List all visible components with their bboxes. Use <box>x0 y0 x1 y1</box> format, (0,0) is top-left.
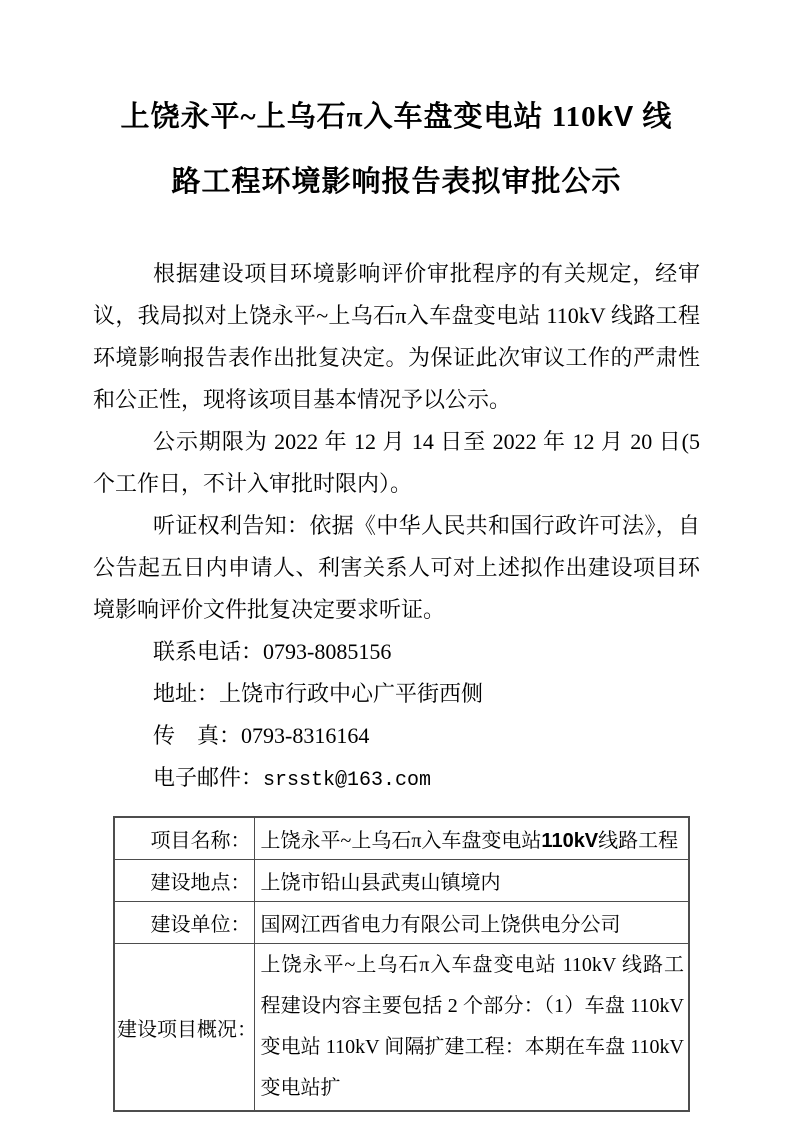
table-row-project-name: 项目名称： 上饶永平~上乌石π入车盘变电站110kV线路工程 <box>114 817 689 860</box>
contact-email-value: srsstk@163.com <box>263 769 431 792</box>
row-value-project-name: 上饶永平~上乌石π入车盘变电站110kV线路工程 <box>254 817 689 860</box>
project-name-voltage: 110kV <box>541 830 598 852</box>
table-row-overview: 建设项目概况： 上饶永平~上乌石π入车盘变电站 110kV 线路工程建设内容主要… <box>114 944 689 1112</box>
title-line-1-tail: 线 <box>634 101 672 133</box>
row-label-overview: 建设项目概况： <box>114 944 254 1112</box>
contact-fax-value: 0793-8316164 <box>241 723 369 748</box>
document-page: 上饶永平~上乌石π入车盘变电站 110kV 线 路工程环境影响报告表拟审批公示 … <box>0 0 793 1122</box>
contact-address-value: 上饶市行政中心广平街西侧 <box>219 681 483 706</box>
paragraph-hearing-rights: 听证权利告知：依据《中华人民共和国行政许可法》，自公告起五日内申请人、利害关系人… <box>93 505 700 631</box>
contact-phone-label: 联系电话： <box>153 639 263 664</box>
table-row-builder: 建设单位： 国网江西省电力有限公司上饶供电分公司 <box>114 902 689 944</box>
page-title: 上饶永平~上乌石π入车盘变电站 110kV 线 路工程环境影响报告表拟审批公示 <box>93 85 700 215</box>
table-row-location: 建设地点： 上饶市铅山县武夷山镇境内 <box>114 860 689 902</box>
title-line-1-text: 上饶永平~上乌石π入车盘变电站 <box>121 101 552 133</box>
project-name-tail: 线路工程 <box>598 830 678 852</box>
row-label-project-name: 项目名称： <box>114 817 254 860</box>
contact-phone-line: 联系电话：0793-8085156 <box>93 631 700 673</box>
title-line-2: 路工程环境影响报告表拟审批公示 <box>93 150 700 215</box>
paragraph-intro: 根据建设项目环境影响评价审批程序的有关规定，经审议，我局拟对上饶永平~上乌石π入… <box>93 253 700 421</box>
contact-email-label: 电子邮件： <box>153 765 263 790</box>
row-value-overview: 上饶永平~上乌石π入车盘变电站 110kV 线路工程建设内容主要包括 2 个部分… <box>254 944 689 1112</box>
contact-email-line: 电子邮件：srsstk@163.com <box>93 757 700 802</box>
contact-phone-value: 0793-8085156 <box>263 639 391 664</box>
paragraph-publicity-period: 公示期限为 2022 年 12 月 14 日至 2022 年 12 月 20 日… <box>93 421 700 505</box>
title-voltage-number: 110 <box>552 101 597 133</box>
contact-address-line: 地址：上饶市行政中心广平街西侧 <box>93 673 700 715</box>
row-label-location: 建设地点： <box>114 860 254 902</box>
row-value-location: 上饶市铅山县武夷山镇境内 <box>254 860 689 902</box>
contact-fax-line: 传 真：0793-8316164 <box>93 715 700 757</box>
title-line-1: 上饶永平~上乌石π入车盘变电站 110kV 线 <box>93 85 700 150</box>
title-voltage-unit: kV <box>597 101 634 133</box>
project-info-table: 项目名称： 上饶永平~上乌石π入车盘变电站110kV线路工程 建设地点： 上饶市… <box>113 816 690 1112</box>
contact-address-label: 地址： <box>153 681 219 706</box>
project-name-text: 上饶永平~上乌石π入车盘变电站 <box>261 830 542 852</box>
row-label-builder: 建设单位： <box>114 902 254 944</box>
row-value-builder: 国网江西省电力有限公司上饶供电分公司 <box>254 902 689 944</box>
contact-fax-label: 传 真： <box>153 723 241 748</box>
